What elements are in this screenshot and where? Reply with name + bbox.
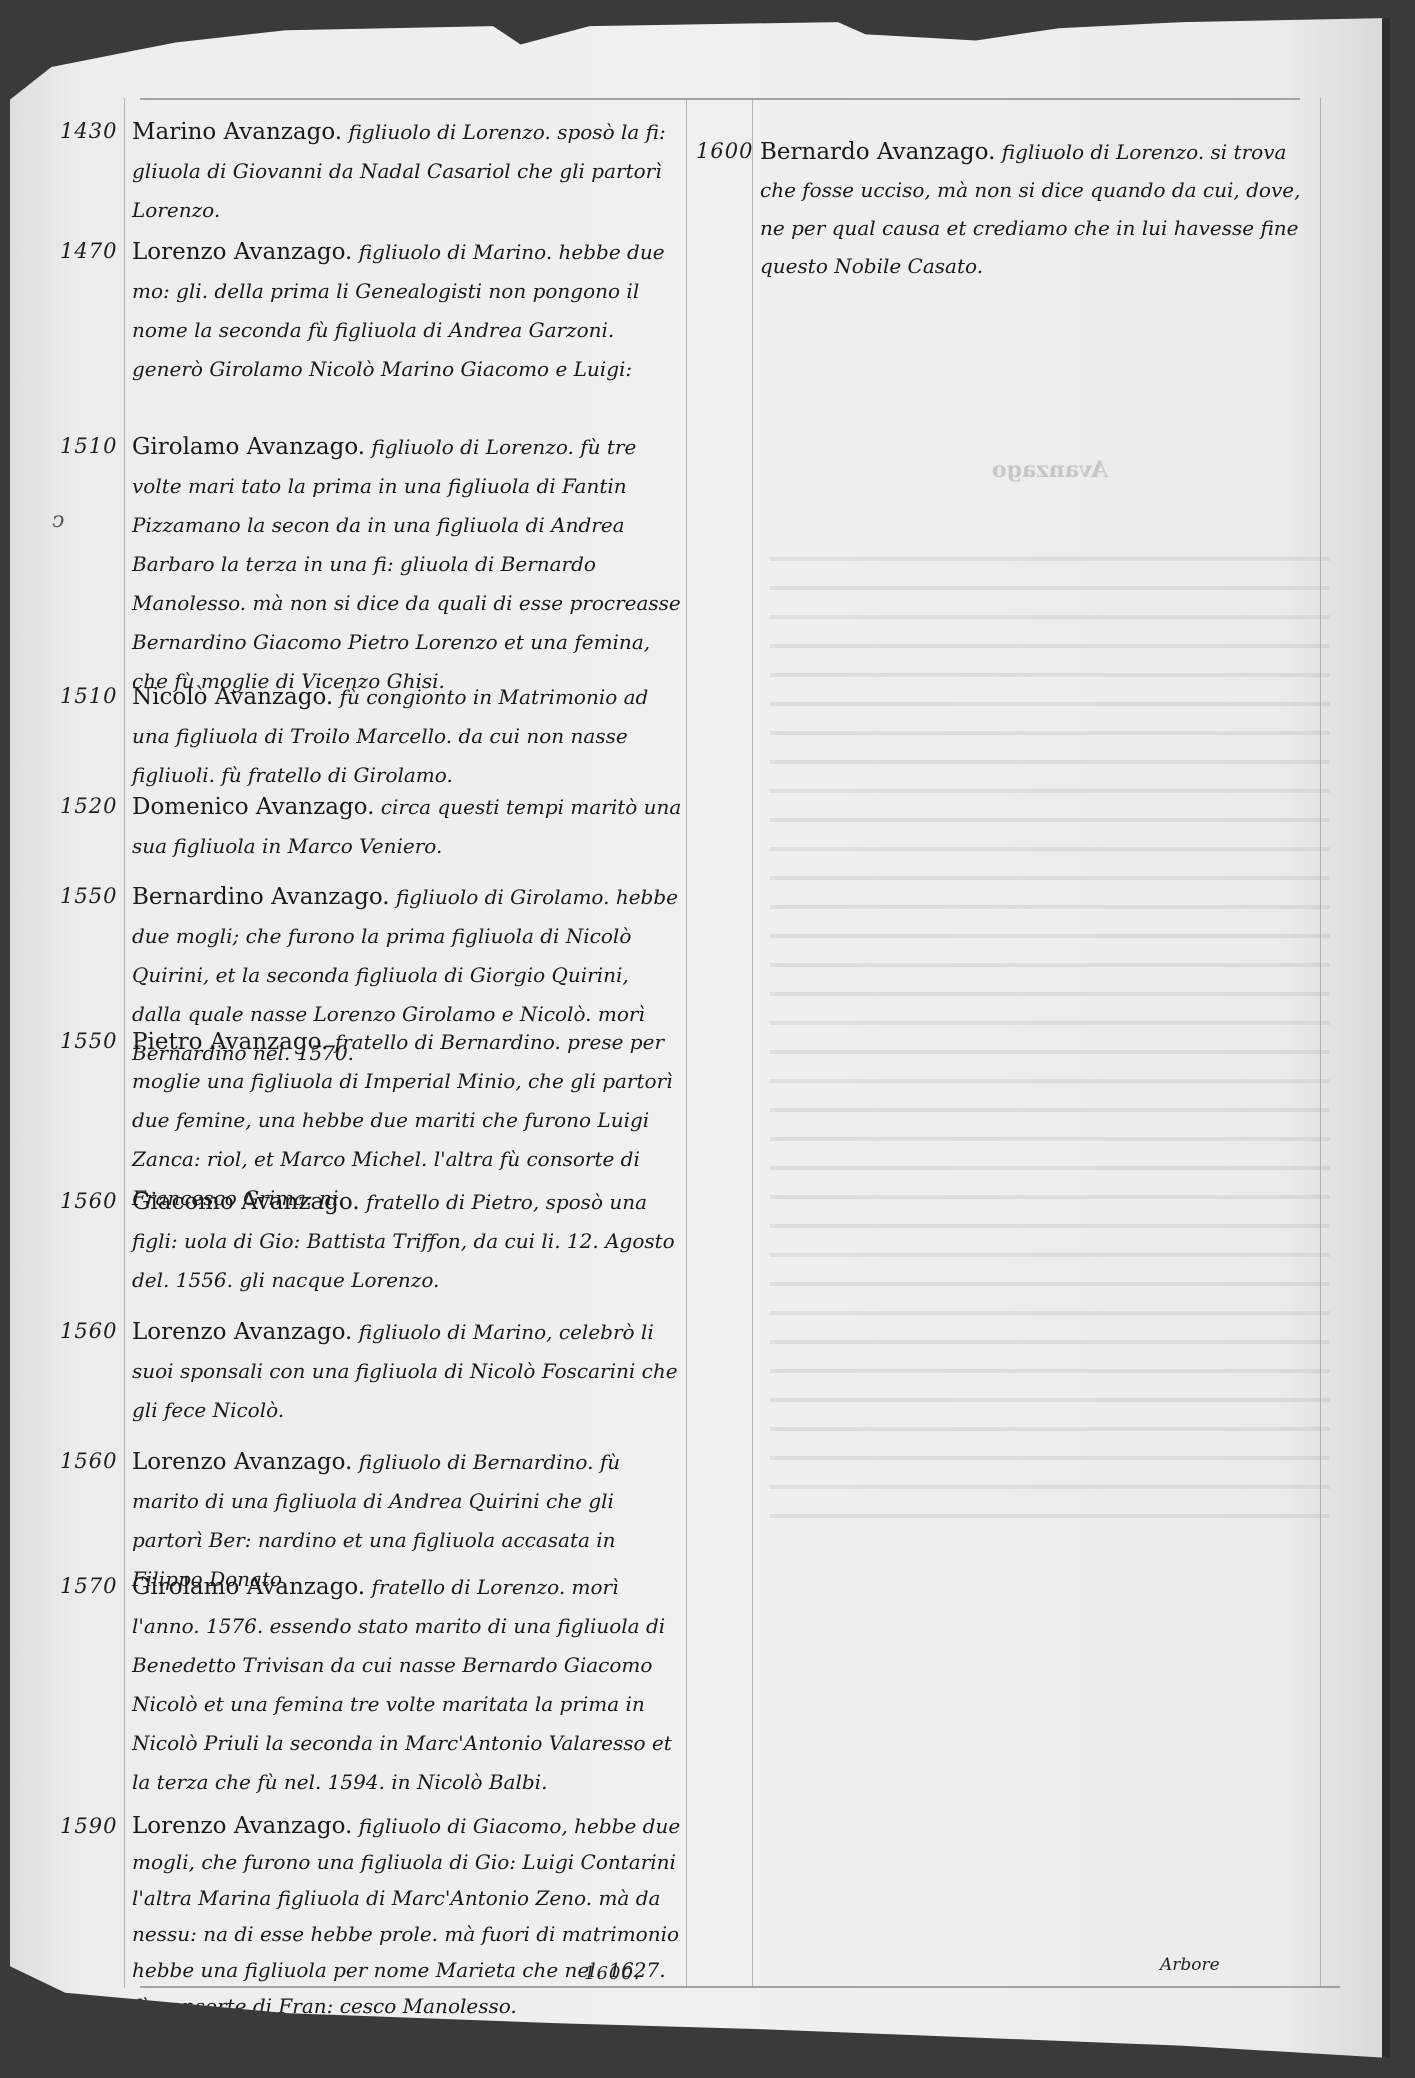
entry-year: 1570: [60, 1574, 117, 1598]
entry-year: 1510: [60, 434, 117, 458]
entry-text: Giacomo Avanzago. fratello di Pietro, sp…: [132, 1183, 682, 1300]
entry-name: Lorenzo Avanzago.: [132, 1449, 352, 1475]
entry-year: 1510: [60, 684, 117, 708]
entry-text: Girolamo Avanzago. fratello di Lorenzo. …: [132, 1568, 682, 1802]
book-spine-shadow: [1382, 18, 1390, 2058]
entry-name: Domenico Avanzago.: [132, 794, 374, 820]
right-outer-rule: [1320, 98, 1321, 1988]
column-divider-rule: [686, 98, 687, 1988]
entry-year: 1560: [60, 1189, 117, 1213]
right-column-margin-rule: [752, 98, 753, 1988]
top-rule: [140, 98, 1300, 100]
entry-name: Girolamo Avanzago.: [132, 434, 365, 460]
left-column-footer-year: 1600.: [584, 1963, 641, 1984]
bleed-through-text: Avanzago: [770, 398, 1330, 1601]
entry-name: Marino Avanzago.: [132, 119, 342, 145]
entry-year: 1470: [60, 239, 117, 263]
entry-name: Giacomo Avanzago.: [132, 1189, 360, 1215]
bleed-through-title: Avanzago: [770, 456, 1330, 485]
entry-name: Pietro Avanzago.: [132, 1029, 328, 1055]
entry-name: Girolamo Avanzago.: [132, 1574, 365, 1600]
entry-text: Bernardo Avanzago. figliuolo di Lorenzo.…: [760, 133, 1320, 285]
entry-year: 1560: [60, 1319, 117, 1343]
left-column-margin-rule: [124, 98, 125, 1988]
entry-name: Lorenzo Avanzago.: [132, 239, 352, 265]
entry-text: Domenico Avanzago. circa questi tempi ma…: [132, 788, 682, 866]
entry-year: 1430: [60, 119, 117, 143]
entry-name: Bernardo Avanzago.: [760, 139, 995, 165]
entry-body: fratello di Lorenzo. morì l'anno. 1576. …: [132, 1575, 672, 1794]
entry-name: Bernardino Avanzago.: [132, 884, 390, 910]
entry-name: Lorenzo Avanzago.: [132, 1319, 352, 1345]
margin-mark-icon: ↄ: [52, 508, 64, 533]
bleed-through-body: [770, 543, 1330, 1543]
entry-name: Lorenzo Avanzago.: [132, 1813, 352, 1839]
catchword: Arbore: [1160, 1955, 1220, 1975]
entry-text: Nicolò Avanzago. fù congionto in Matrimo…: [132, 678, 682, 795]
entry-body: figliuolo di Giacomo, hebbe due mogli, c…: [132, 1814, 680, 2018]
entry-text: Lorenzo Avanzago. figliuolo di Giacomo, …: [132, 1808, 682, 2024]
entry-body: figliuolo di Lorenzo. fù tre volte mari …: [132, 435, 681, 693]
entry-year: 1600: [696, 139, 753, 163]
entry-text: Lorenzo Avanzago. figliuolo di Marino. h…: [132, 233, 682, 389]
entry-year: 1590: [60, 1814, 117, 1838]
entry-text: Girolamo Avanzago. figliuolo di Lorenzo.…: [132, 428, 682, 701]
entry-year: 1560: [60, 1449, 117, 1473]
entry-text: Lorenzo Avanzago. figliuolo di Marino, c…: [132, 1313, 682, 1430]
manuscript-page: Avanzago 1430 Marino Avanzago. figliuolo…: [10, 18, 1390, 2058]
entry-name: Nicolò Avanzago.: [132, 684, 333, 710]
entry-year: 1520: [60, 794, 117, 818]
entry-text: Marino Avanzago. figliuolo di Lorenzo. s…: [132, 113, 682, 230]
entry-year: 1550: [60, 1029, 117, 1053]
entry-year: 1550: [60, 884, 117, 908]
bottom-pencil-mark: §: [240, 2018, 253, 2048]
